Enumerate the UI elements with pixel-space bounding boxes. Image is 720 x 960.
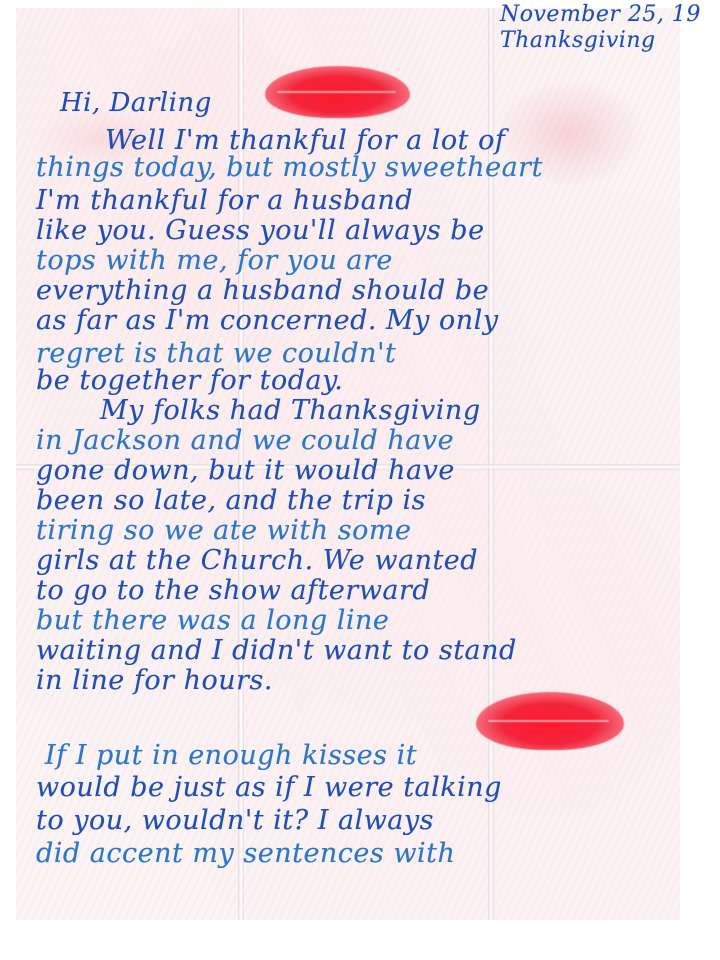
letter-line: waiting and I didn't want to stand [36,635,517,666]
lipstick-kiss-bottom [476,692,624,750]
greeting: Hi, Darling [60,88,212,118]
letter-line: been so late, and the trip is [36,485,426,516]
letter-line: girls at the Church. We wanted [36,545,478,576]
letter-line: everything a husband should be [36,275,489,306]
letter-line: in line for hours. [36,665,273,696]
letter-line: in Jackson and we could have [36,425,454,456]
lipstick-kiss-top [265,66,410,118]
letter-occasion: Thanksgiving [500,28,656,53]
letter-line: would be just as if I were talking [36,772,502,803]
letter-line: but there was a long line [36,605,389,636]
letter-line: as far as I'm concerned. My only [36,305,499,336]
letter-line: to go to the show afterward [36,575,430,606]
letter-line: gone down, but it would have [36,455,455,486]
letter-line: like you. Guess you'll always be [36,215,485,246]
letter-line: tiring so we ate with some [36,515,411,546]
letter-line: to you, wouldn't it? I always [36,805,434,836]
letter-date: November 25, 19 [500,2,701,27]
letter-line: did accent my sentences with [36,838,455,869]
letter-line: My folks had Thanksgiving [100,395,481,426]
letter-line: I'm thankful for a husband [36,185,413,216]
letter-line: things today, but mostly sweetheart [36,152,543,183]
letter-line: be together for today. [36,365,343,396]
letter-line: tops with me, for you are [36,245,393,276]
letter-line: If I put in enough kisses it [45,740,417,771]
